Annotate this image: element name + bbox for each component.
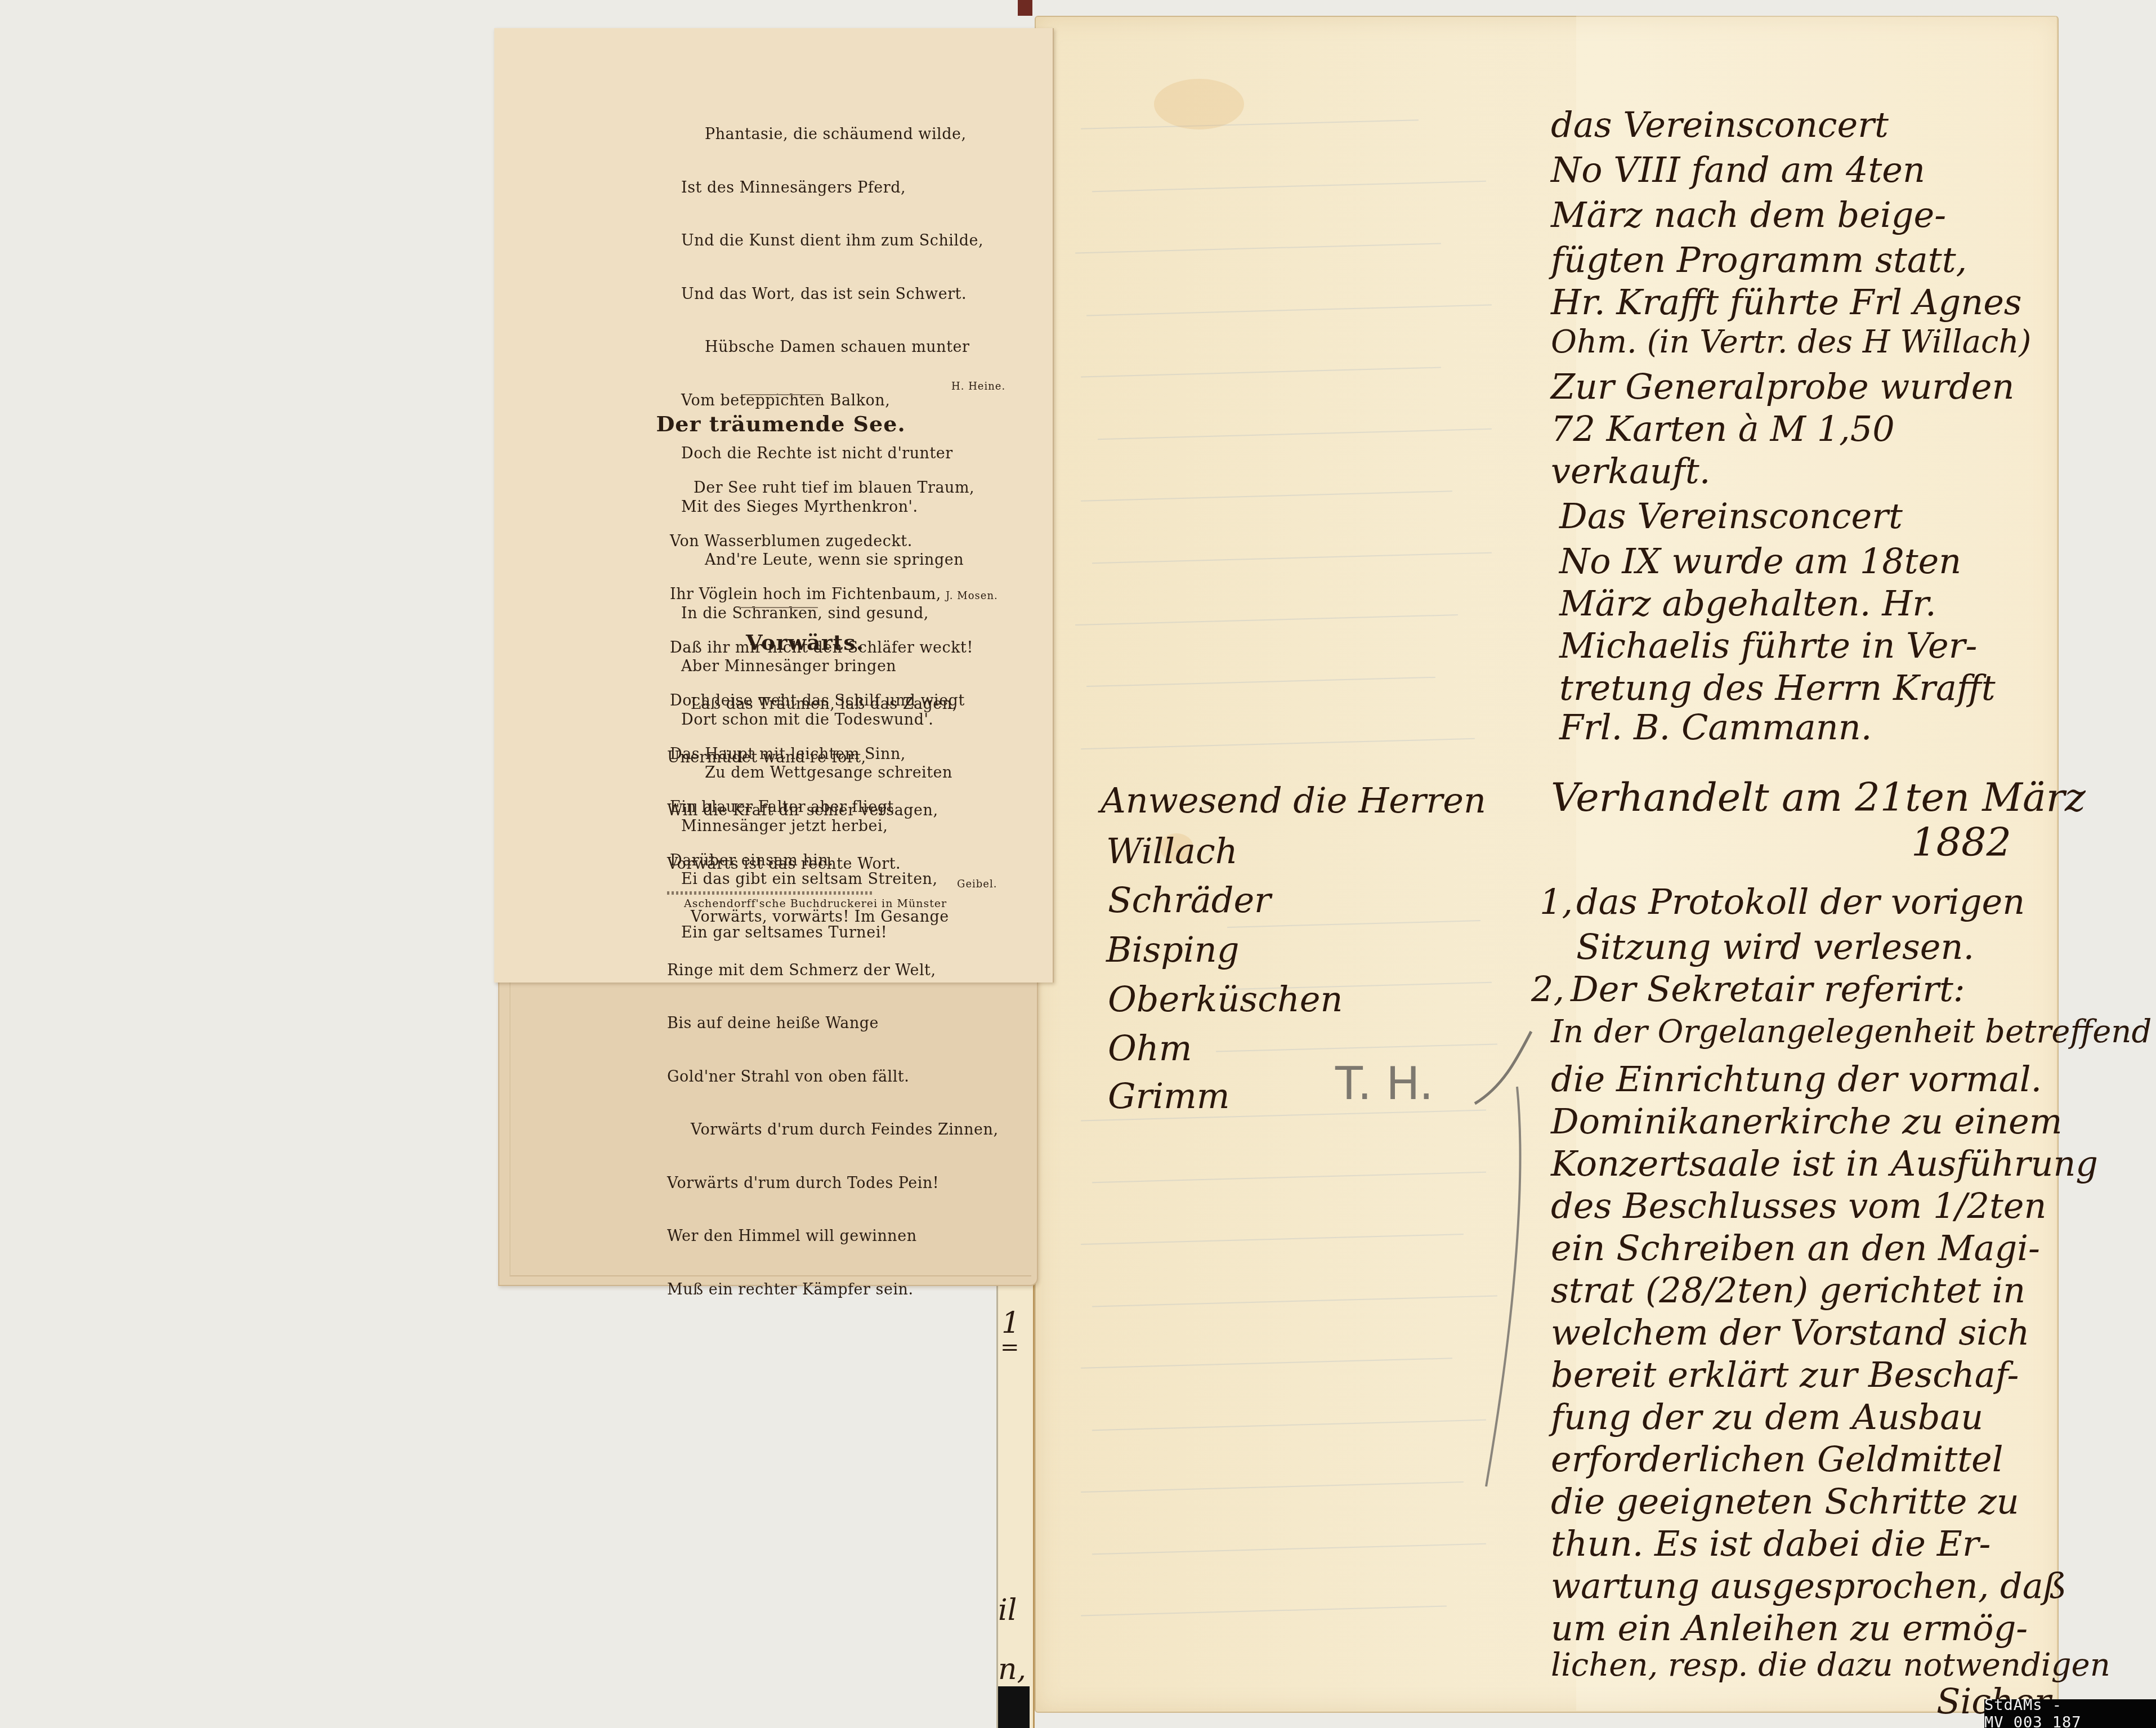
archive-id-label: StdAMs - MV_003_187 bbox=[1984, 1699, 2156, 1728]
poem-2-author: J. Mosen. bbox=[946, 590, 998, 602]
pencil-bracket bbox=[1464, 1025, 1542, 1498]
attendance-heading: Anwesend die Herren bbox=[1101, 780, 1486, 821]
poem-3-text: Laß das Träumen, laß das Zagen, Unermüde… bbox=[667, 660, 999, 1316]
attendee-name: Ohm bbox=[1108, 1028, 1192, 1069]
attendee-name: Oberküschen bbox=[1108, 979, 1343, 1020]
divider-rule bbox=[742, 394, 821, 395]
poem-3-title: Vorwärts. bbox=[636, 629, 974, 655]
divider-rule bbox=[739, 607, 818, 608]
poem-2-title: Der träumende See. bbox=[612, 411, 950, 436]
gutter-strip: 1 = il n, bbox=[996, 1278, 1035, 1728]
attendee-name: Bisping bbox=[1106, 929, 1239, 970]
gutter-mark: n, bbox=[998, 1653, 1026, 1686]
attendee-name: Schräder bbox=[1108, 879, 1271, 921]
agenda-item-number: 1, bbox=[1540, 881, 1573, 922]
attendee-name: Grimm bbox=[1108, 1075, 1230, 1117]
printer-imprint: Aschendorff'sche Buchdruckerei in Münste… bbox=[684, 898, 947, 910]
attendee-name: Willach bbox=[1106, 830, 1238, 872]
book-spine-edge bbox=[1018, 0, 1032, 16]
poem-1-author: H. Heine. bbox=[951, 381, 1005, 392]
printer-divider bbox=[667, 891, 873, 895]
foxing-stain bbox=[1154, 79, 1244, 130]
poem-3-author: Geibel. bbox=[957, 878, 997, 890]
agenda-item-number: 2, bbox=[1531, 968, 1564, 1010]
gutter-mark: = bbox=[1000, 1334, 1019, 1360]
gutter-shadow bbox=[998, 1686, 1030, 1728]
pencil-initials: T. H. bbox=[1335, 1057, 1433, 1110]
gutter-mark: il bbox=[998, 1593, 1017, 1627]
